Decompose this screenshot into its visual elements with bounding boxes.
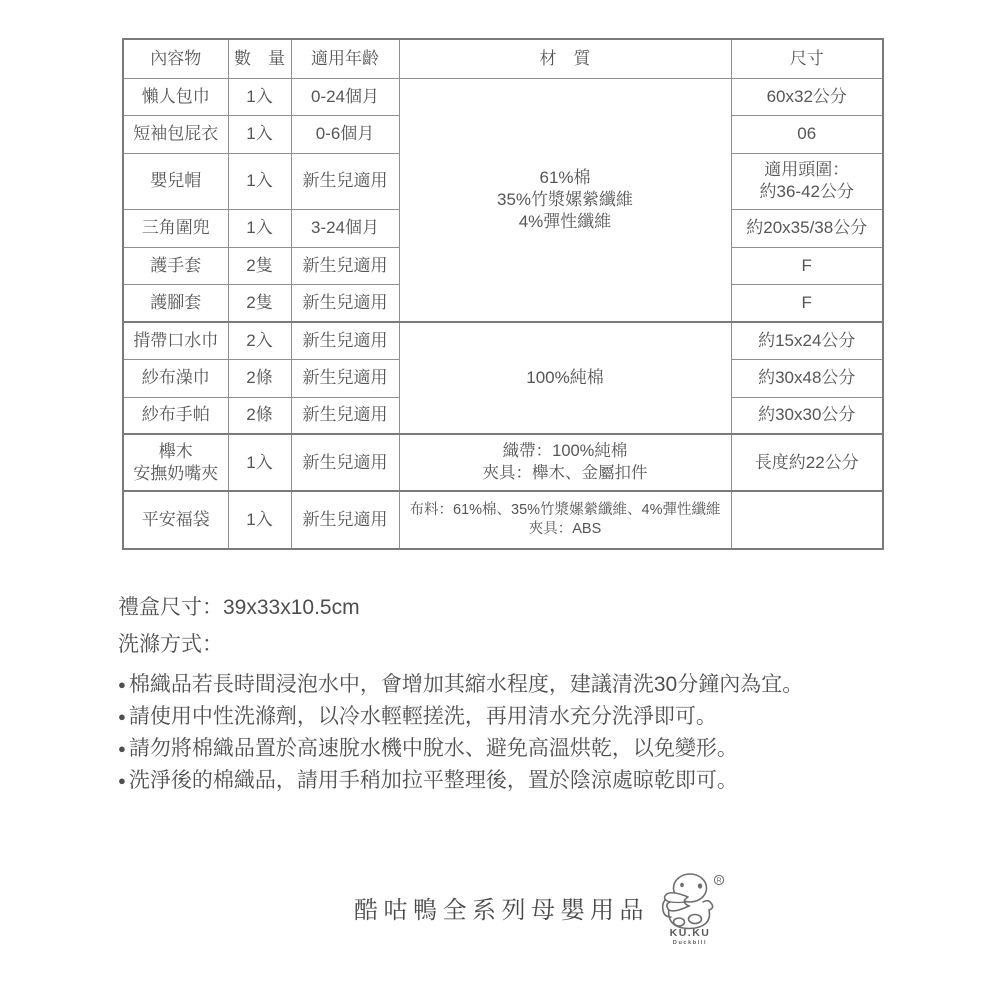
item-cell: 短袖包屁衣 <box>123 115 228 153</box>
item-cell: 揹帶口水巾 <box>123 322 228 359</box>
logo-subtext: Duckbill <box>673 940 707 946</box>
size-cell: 60x32公分 <box>731 78 883 115</box>
bullet-icon: ● <box>118 773 126 788</box>
table-row: 平安福袋 1入 新生兒適用 布料：61%棉、35%竹漿嫘縈纖維、4%彈性纖維 夾… <box>123 491 883 549</box>
qty-cell: 2隻 <box>228 284 291 322</box>
qty-cell: 2條 <box>228 359 291 397</box>
age-cell: 新生兒適用 <box>291 284 399 322</box>
qty-cell: 1入 <box>228 434 291 491</box>
brand-slogan: 酷咕鴨全系列母嬰用品 <box>354 899 649 923</box>
size-cell: 約30x48公分 <box>731 359 883 397</box>
qty-cell: 2入 <box>228 322 291 359</box>
age-cell: 新生兒適用 <box>291 397 399 434</box>
size-cell: 適用頭圍： 約36-42公分 <box>731 153 883 209</box>
kuku-duck-logo: R KU.KU Duckbill <box>655 872 727 946</box>
care-notes: 禮盒尺寸：39x33x10.5cm 洗滌方式： ●棉織品若長時間浸泡水中，會增加… <box>118 597 908 797</box>
qty-cell: 1入 <box>228 78 291 115</box>
age-cell: 新生兒適用 <box>291 153 399 209</box>
svg-text:R: R <box>716 878 721 885</box>
header-material: 材 質 <box>399 39 731 78</box>
age-cell: 0-6個月 <box>291 115 399 153</box>
bullet-icon: ● <box>118 741 126 756</box>
table-row: 懶人包巾 1入 0-24個月 61%棉 35%竹漿嫘縈纖維 4%彈性纖維 60x… <box>123 78 883 115</box>
item-cell: 平安福袋 <box>123 491 228 549</box>
spec-table: 內容物 數 量 適用年齡 材 質 尺寸 懶人包巾 1入 0-24個月 61%棉 … <box>122 38 884 550</box>
qty-cell: 1入 <box>228 153 291 209</box>
material-cell: 布料：61%棉、35%竹漿嫘縈纖維、4%彈性纖維 夾具：ABS <box>399 491 731 549</box>
qty-cell: 1入 <box>228 209 291 247</box>
product-spec-sheet: 內容物 數 量 適用年齡 材 質 尺寸 懶人包巾 1入 0-24個月 61%棉 … <box>0 0 1000 1000</box>
item-cell: 護腳套 <box>123 284 228 322</box>
age-cell: 0-24個月 <box>291 78 399 115</box>
wash-instruction-item: ●棉織品若長時間浸泡水中，會增加其縮水程度，建議清洗30分鐘內為宜。 <box>118 669 908 701</box>
size-cell <box>731 491 883 549</box>
item-cell: 櫸木 安撫奶嘴夾 <box>123 434 228 491</box>
size-cell: 長度約22公分 <box>731 434 883 491</box>
table-header-row: 內容物 數 量 適用年齡 材 質 尺寸 <box>123 39 883 78</box>
size-cell: F <box>731 284 883 322</box>
item-cell: 紗布手帕 <box>123 397 228 434</box>
wash-instruction-item: ●洗淨後的棉織品，請用手稍加拉平整理後，置於陰涼處晾乾即可。 <box>118 765 908 797</box>
item-cell: 紗布澡巾 <box>123 359 228 397</box>
header-qty: 數 量 <box>228 39 291 78</box>
wash-method-title: 洗滌方式： <box>118 634 908 655</box>
age-cell: 新生兒適用 <box>291 491 399 549</box>
size-cell: 約15x24公分 <box>731 322 883 359</box>
item-cell: 懶人包巾 <box>123 78 228 115</box>
item-cell: 嬰兒帽 <box>123 153 228 209</box>
table-row: 揹帶口水巾 2入 新生兒適用 100%純棉 約15x24公分 <box>123 322 883 359</box>
age-cell: 3-24個月 <box>291 209 399 247</box>
material-cell-group2: 100%純棉 <box>399 322 731 434</box>
qty-cell: 1入 <box>228 115 291 153</box>
bullet-icon: ● <box>118 709 126 724</box>
item-cell: 護手套 <box>123 247 228 284</box>
age-cell: 新生兒適用 <box>291 322 399 359</box>
qty-cell: 2隻 <box>228 247 291 284</box>
header-age: 適用年齡 <box>291 39 399 78</box>
age-cell: 新生兒適用 <box>291 434 399 491</box>
material-cell-group1: 61%棉 35%竹漿嫘縈纖維 4%彈性纖維 <box>399 78 731 322</box>
gift-box-size: 禮盒尺寸：39x33x10.5cm <box>118 597 908 618</box>
material-cell: 織帶：100%純棉 夾具：櫸木、金屬扣件 <box>399 434 731 491</box>
age-cell: 新生兒適用 <box>291 247 399 284</box>
age-cell: 新生兒適用 <box>291 359 399 397</box>
header-size: 尺寸 <box>731 39 883 78</box>
size-cell: F <box>731 247 883 284</box>
wash-instruction-item: ●請使用中性洗滌劑，以冷水輕輕搓洗，再用清水充分洗淨即可。 <box>118 701 908 733</box>
qty-cell: 2條 <box>228 397 291 434</box>
qty-cell: 1入 <box>228 491 291 549</box>
table-row: 櫸木 安撫奶嘴夾 1入 新生兒適用 織帶：100%純棉 夾具：櫸木、金屬扣件 長… <box>123 434 883 491</box>
wash-instruction-item: ●請勿將棉織品置於高速脫水機中脫水、避免高溫烘乾，以免變形。 <box>118 733 908 765</box>
logo-wordmark: KU.KU <box>670 927 711 939</box>
size-cell: 06 <box>731 115 883 153</box>
size-cell: 約20x35/38公分 <box>731 209 883 247</box>
bullet-icon: ● <box>118 677 126 692</box>
header-item: 內容物 <box>123 39 228 78</box>
size-cell: 約30x30公分 <box>731 397 883 434</box>
item-cell: 三角圍兜 <box>123 209 228 247</box>
registered-mark-icon: R <box>714 875 723 884</box>
